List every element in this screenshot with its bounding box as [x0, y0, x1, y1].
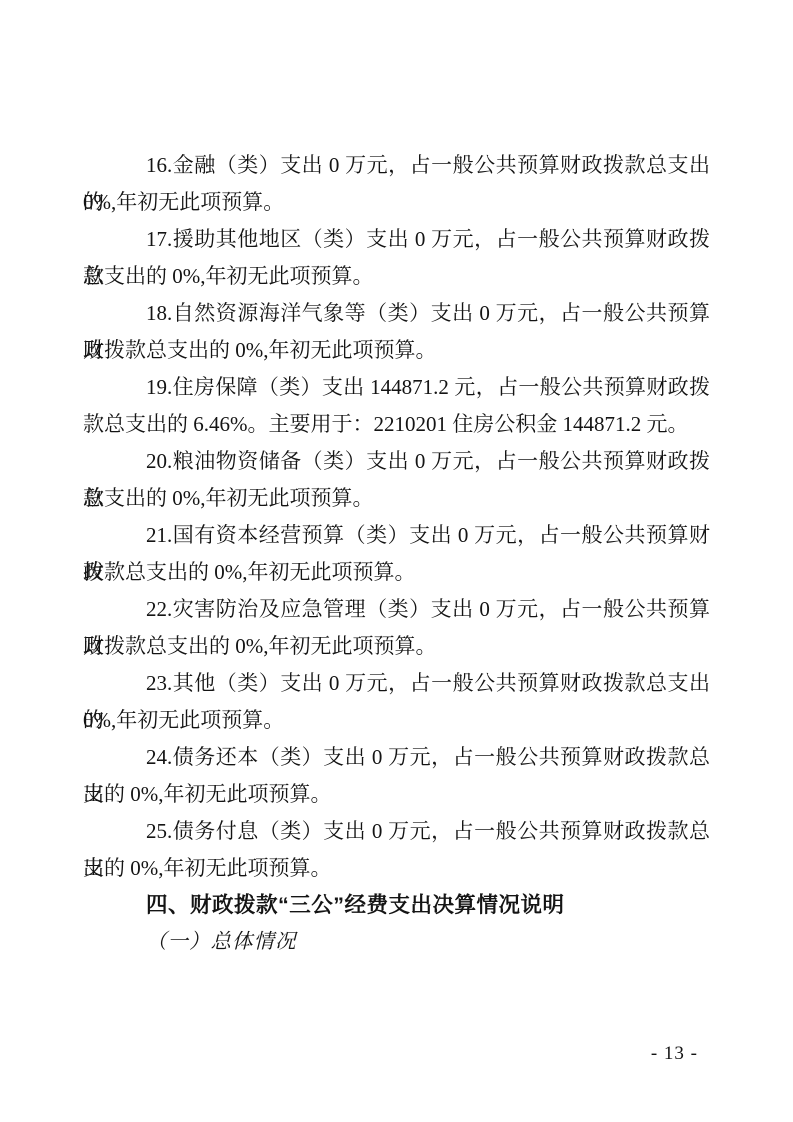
paragraph-line: 0%,年初无此项预算。 — [83, 184, 710, 221]
paragraph: 19.住房保障（类）支出 144871.2 元，占一般公共预算财政拨款总支出的 … — [83, 369, 710, 443]
paragraph-line: 政拨款总支出的 0%,年初无此项预算。 — [83, 332, 710, 369]
paragraph-line: 21.国有资本经营预算（类）支出 0 万元，占一般公共预算财政 — [83, 517, 710, 554]
paragraph-line: 政拨款总支出的 0%,年初无此项预算。 — [83, 628, 710, 665]
paragraph-line: 17.援助其他地区（类）支出 0 万元，占一般公共预算财政拨款 — [83, 221, 710, 258]
paragraph-line: 总支出的 0%,年初无此项预算。 — [83, 258, 710, 295]
paragraph-line: 20.粮油物资储备（类）支出 0 万元，占一般公共预算财政拨款 — [83, 443, 710, 480]
paragraph: 22.灾害防治及应急管理（类）支出 0 万元，占一般公共预算财政拨款总支出的 0… — [83, 591, 710, 665]
paragraph: 16.金融（类）支出 0 万元，占一般公共预算财政拨款总支出的0%,年初无此项预… — [83, 147, 710, 221]
paragraph: 25.债务付息（类）支出 0 万元，占一般公共预算财政拨款总支出的 0%,年初无… — [83, 813, 710, 887]
paragraph-line: 16.金融（类）支出 0 万元，占一般公共预算财政拨款总支出的 — [83, 147, 710, 184]
paragraph-line: 出的 0%,年初无此项预算。 — [83, 850, 710, 887]
paragraph: 18.自然资源海洋气象等（类）支出 0 万元，占一般公共预算财政拨款总支出的 0… — [83, 295, 710, 369]
paragraph-line: 总支出的 0%,年初无此项预算。 — [83, 480, 710, 517]
paragraph: 23.其他（类）支出 0 万元，占一般公共预算财政拨款总支出的0%,年初无此项预… — [83, 665, 710, 739]
subsection-heading: （一）总体情况 — [83, 924, 710, 961]
paragraph-line: 款总支出的 6.46%。主要用于：2210201 住房公积金 144871.2 … — [83, 406, 710, 443]
paragraph: 17.援助其他地区（类）支出 0 万元，占一般公共预算财政拨款总支出的 0%,年… — [83, 221, 710, 295]
document-page: 16.金融（类）支出 0 万元，占一般公共预算财政拨款总支出的0%,年初无此项预… — [0, 0, 793, 1122]
paragraph-line: 18.自然资源海洋气象等（类）支出 0 万元，占一般公共预算财 — [83, 295, 710, 332]
paragraph-line: 0%,年初无此项预算。 — [83, 702, 710, 739]
document-body: 16.金融（类）支出 0 万元，占一般公共预算财政拨款总支出的0%,年初无此项预… — [83, 147, 710, 961]
paragraph: 20.粮油物资储备（类）支出 0 万元，占一般公共预算财政拨款总支出的 0%,年… — [83, 443, 710, 517]
paragraph-line: 22.灾害防治及应急管理（类）支出 0 万元，占一般公共预算财 — [83, 591, 710, 628]
page-number: - 13 - — [651, 1043, 698, 1065]
paragraph: 24.债务还本（类）支出 0 万元，占一般公共预算财政拨款总支出的 0%,年初无… — [83, 739, 710, 813]
paragraph-line: 出的 0%,年初无此项预算。 — [83, 776, 710, 813]
section-heading: 四、财政拨款“三公”经费支出决算情况说明 — [83, 887, 710, 924]
body-paragraphs: 16.金融（类）支出 0 万元，占一般公共预算财政拨款总支出的0%,年初无此项预… — [83, 147, 710, 887]
paragraph-line: 25.债务付息（类）支出 0 万元，占一般公共预算财政拨款总支 — [83, 813, 710, 850]
paragraph-line: 19.住房保障（类）支出 144871.2 元，占一般公共预算财政拨 — [83, 369, 710, 406]
paragraph-line: 23.其他（类）支出 0 万元，占一般公共预算财政拨款总支出的 — [83, 665, 710, 702]
paragraph-line: 24.债务还本（类）支出 0 万元，占一般公共预算财政拨款总支 — [83, 739, 710, 776]
paragraph: 21.国有资本经营预算（类）支出 0 万元，占一般公共预算财政拨款总支出的 0%… — [83, 517, 710, 591]
paragraph-line: 拨款总支出的 0%,年初无此项预算。 — [83, 554, 710, 591]
